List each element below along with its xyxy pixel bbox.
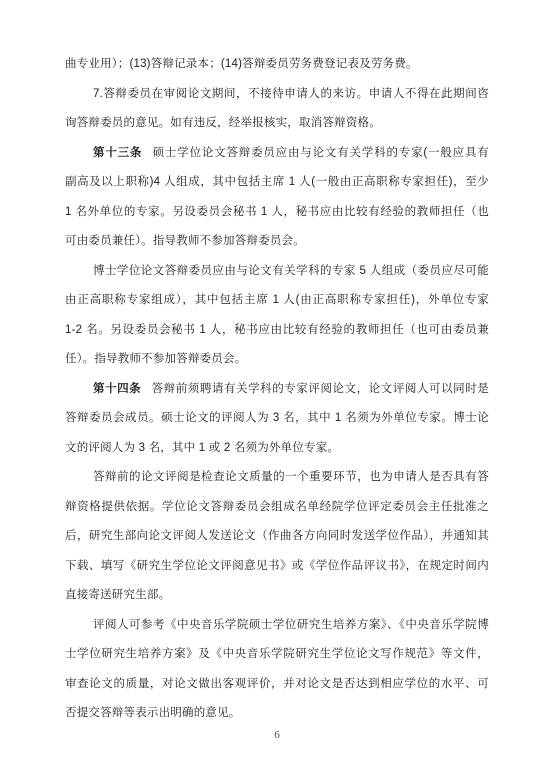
document-line-text: 硕士学位论文答辩委员应由与论文有关学科的专家(一般应具有 xyxy=(153,147,489,159)
document-body: 曲专业用）；(13)答辩记录本；(14)答辩委员劳务费登记表及劳务费。 7.答辩… xyxy=(65,50,489,729)
document-line: 由正高职称专家组成），其中包括主席 1 人(由正高职称专家担任)，外单位专家 xyxy=(65,286,489,316)
document-line: 副高及以上职称)4 人组成，其中包括主席 1 人(一般由正高职称专家担任)，至少 xyxy=(65,168,489,198)
document-line: 下载、填写《研究生学位论文评阅意见书》或《学位作品评议书》，在规定时间内 xyxy=(65,552,489,582)
document-line: 否提交答辩等表示出明确的意见。 xyxy=(65,699,489,729)
document-line: 博士学位论文答辩委员应由与论文有关学科的专家 5 人组成（委员应尽可能 xyxy=(65,257,489,287)
document-line: 直接寄送研究生部。 xyxy=(65,581,489,611)
document-line: 任）。指导教师不参加答辩委员会。 xyxy=(65,345,489,375)
document-line: 1-2 名。另设委员会秘书 1 人，秘书应由比较有经验的教师担任（也可由委员兼 xyxy=(65,316,489,346)
document-line: 文的评阅人为 3 名，其中 1 或 2 名须为外单位专家。 xyxy=(65,434,489,464)
document-line-text: 答辩前须聘请有关学科的专家评阅论文，论文评阅人可以同时是 xyxy=(152,383,489,395)
document-line: 辩资格提供依据。学位论文答辩委员会组成名单经院学位评定委员会主任批准之 xyxy=(65,493,489,523)
document-line: 士学位研究生培养方案》及《中央音乐学院研究生学位论文写作规范》等文件， xyxy=(65,640,489,670)
document-line: 1 名外单位的专家。另设委员会秘书 1 人，秘书应由比较有经验的教师担任（也 xyxy=(65,198,489,228)
page-number: 6 xyxy=(274,729,280,741)
article-13-heading: 第十三条 xyxy=(93,147,142,159)
document-line: 第十四条答辩前须聘请有关学科的专家评阅论文，论文评阅人可以同时是 xyxy=(65,375,489,405)
page-footer: 6 xyxy=(0,726,554,744)
article-14-heading: 第十四条 xyxy=(93,383,141,395)
document-line: 可由委员兼任）。指导教师不参加答辩委员会。 xyxy=(65,227,489,257)
document-line: 答辩前的论文评阅是检查论文质量的一个重要环节，也为申请人是否具有答 xyxy=(65,463,489,493)
document-line: 审查论文的质量，对论文做出客观评价，并对论文是否达到相应学位的水平、可 xyxy=(65,670,489,700)
document-page: 曲专业用）；(13)答辩记录本；(14)答辩委员劳务费登记表及劳务费。 7.答辩… xyxy=(0,0,554,783)
document-line: 曲专业用）；(13)答辩记录本；(14)答辩委员劳务费登记表及劳务费。 xyxy=(65,50,489,80)
document-line: 后，研究生部向论文评阅人发送论文（作曲各方向同时发送学位作品），并通知其 xyxy=(65,522,489,552)
document-line: 第十三条硕士学位论文答辩委员应由与论文有关学科的专家(一般应具有 xyxy=(65,139,489,169)
document-line: 询答辩委员的意见。如有违反，经举报核实，取消答辩资格。 xyxy=(65,109,489,139)
document-line: 评阅人可参考《中央音乐学院硕士学位研究生培养方案》、《中央音乐学院博 xyxy=(65,611,489,641)
document-line: 7.答辩委员在审阅论文期间，不接待申请人的来访。申请人不得在此期间咨 xyxy=(65,80,489,110)
document-line: 答辩委员会成员。硕士论文的评阅人为 3 名，其中 1 名须为外单位专家。博士论 xyxy=(65,404,489,434)
